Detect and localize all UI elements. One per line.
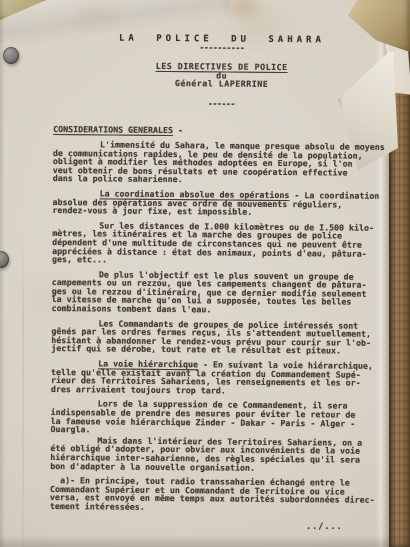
left-crease-line <box>22 230 24 547</box>
typewritten-document-page: LA POLICE DU SAHARA ---------- LES DIREC… <box>0 0 410 547</box>
paragraph-text: Sur les distances de I.000 kilomètres ou… <box>52 220 374 264</box>
paragraph-text: Lors de la suppression de ce Commandemen… <box>50 399 355 435</box>
page-continuation-mark: ../... <box>306 522 343 532</box>
paragraph: Les Commandants de groupes de police int… <box>51 319 387 356</box>
paragraph-text: Mais dans l'intérieur des Territoires Sa… <box>50 435 362 472</box>
section-heading-text: CONSIDERATIONS GENERALES <box>53 124 173 135</box>
separator-dashes: ------ <box>53 98 389 110</box>
subtitle-line3: Général LAPERRINE <box>54 78 390 90</box>
binder-rivet-middle <box>0 251 9 268</box>
paragraph-text: De plus l'objectif est le plus souvent u… <box>52 269 367 314</box>
document-subtitle: LES DIRECTIVES DE POLICE du Général LAPE… <box>54 61 390 90</box>
left-page-edge-shadow <box>0 0 5 547</box>
paragraph-text: L'immensité du Sahara, le manque presque… <box>53 139 385 184</box>
paragraph: Mais dans l'intérieur des Territoires Sa… <box>50 436 386 473</box>
bottom-page-edge-shadow <box>0 535 410 547</box>
paragraph: a)- En principe, tout radio transsaharie… <box>50 476 386 513</box>
text-column: LA POLICE DU SAHARA ---------- LES DIREC… <box>50 33 390 513</box>
paragraph: La coordination absolue des opérations -… <box>52 189 388 218</box>
binder-rivet-top <box>3 47 19 64</box>
paragraph: Sur les distances de I.000 kilomètres ou… <box>52 221 388 267</box>
paragraph-text: Les Commandants de groupes de police int… <box>51 318 371 356</box>
paragraph: La voie hiérarchique - En suivant la voi… <box>51 359 387 396</box>
section-heading-suffix: - <box>173 125 183 135</box>
section-heading: CONSIDERATIONS GENERALES - <box>53 125 389 137</box>
paragraph: L'immensité du Sahara, le manque presque… <box>53 140 389 186</box>
paragraph: Lors de la suppression de ce Commandemen… <box>51 399 387 436</box>
paragraph: De plus l'objectif est le plus souvent u… <box>52 270 388 316</box>
paragraph-text: a)- En principe, tout radio transsaharie… <box>50 475 375 512</box>
